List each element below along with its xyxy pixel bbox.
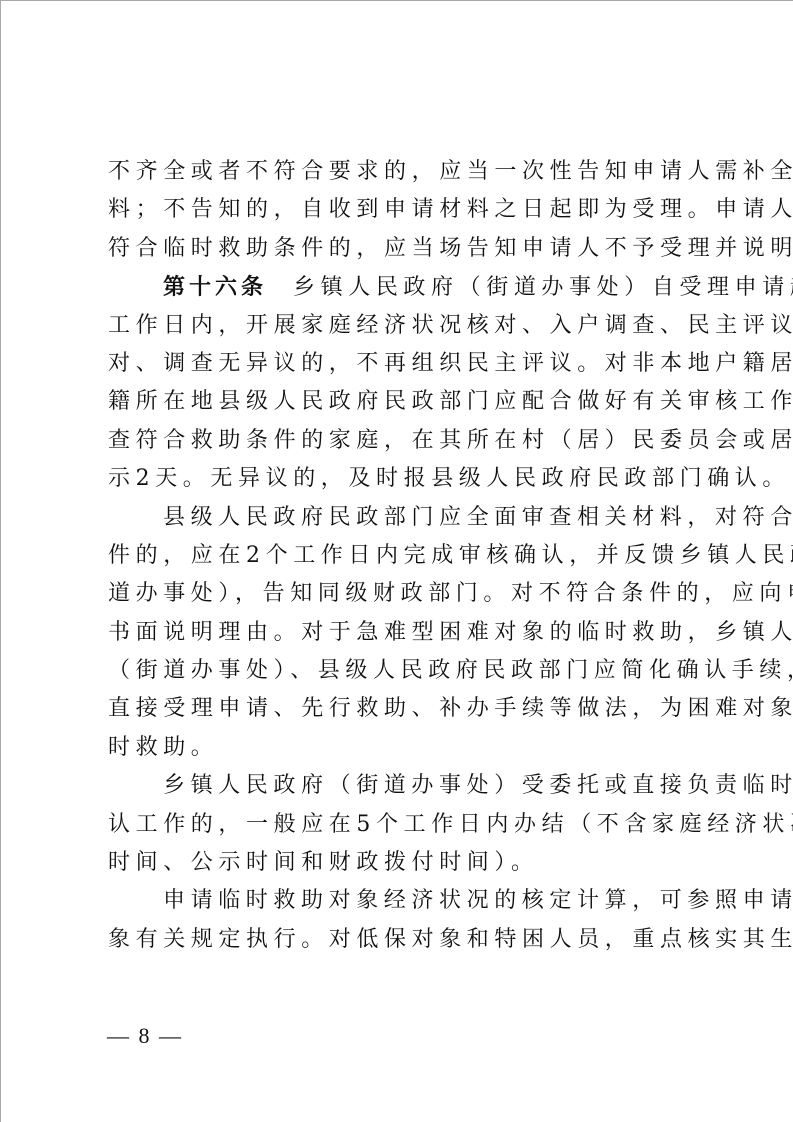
paragraph-economic-assessment: 申请临时救助对象经济状况的核定计算，可参照申请低保对 象有关规定执行。对低保对象…: [108, 882, 698, 959]
text-line: 认工作的，一般应在5个工作日内办结（不含家庭经济状况核对: [108, 806, 698, 844]
paragraph-county-review: 县级人民政府民政部门应全面审查相关材料，对符合规定条 件的，应在2个工作日内完成…: [108, 499, 698, 768]
article-16: 第十六条乡镇人民政府（街道办事处）自受理申请起2个 工作日内，开展家庭经济状况核…: [108, 268, 698, 498]
text-line: 书面说明理由。对于急难型困难对象的临时救助，乡镇人民政府: [108, 614, 698, 652]
text-line: 不齐全或者不符合要求的，应当一次性告知申请人需补全的材: [108, 153, 698, 191]
text-line: 时间、公示时间和财政拨付时间）。: [108, 844, 698, 882]
article-label: 第十六条: [163, 274, 267, 300]
text-line: 示2天。无异议的，及时报县级人民政府民政部门确认。: [108, 460, 698, 498]
body-text: 不齐全或者不符合要求的，应当一次性告知申请人需补全的材 料；不告知的，自收到申请…: [108, 153, 698, 959]
text-line: 工作日内，开展家庭经济状况核对、入户调查、民主评议，对核: [108, 307, 698, 345]
text-line: 象有关规定执行。对低保对象和特困人员，重点核实其生活必需: [108, 921, 698, 959]
text-line: 料；不告知的，自收到申请材料之日起即为受理。申请人明显不: [108, 191, 698, 229]
text-line: 查符合救助条件的家庭，在其所在村（居）民委员会或居住地公: [108, 422, 698, 460]
document-page: 不齐全或者不符合要求的，应当一次性告知申请人需补全的材 料；不告知的，自收到申请…: [0, 0, 793, 1122]
text-line-first: 县级人民政府民政部门应全面审查相关材料，对符合规定条: [108, 499, 698, 537]
text-line-first: 申请临时救助对象经济状况的核定计算，可参照申请低保对: [108, 882, 698, 920]
text-line: 时救助。: [108, 729, 698, 767]
text-line: 对、调查无异议的，不再组织民主评议。对非本地户籍居民，户: [108, 345, 698, 383]
paragraph-township-confirm: 乡镇人民政府（街道办事处）受委托或直接负责临时救助确 认工作的，一般应在5个工作…: [108, 767, 698, 882]
page-number: — 8 —: [107, 1023, 183, 1049]
text-line-first: 乡镇人民政府（街道办事处）受委托或直接负责临时救助确: [108, 767, 698, 805]
text-line: 籍所在地县级人民政府民政部门应配合做好有关审核工作。经核: [108, 383, 698, 421]
paragraph-continuation: 不齐全或者不符合要求的，应当一次性告知申请人需补全的材 料；不告知的，自收到申请…: [108, 153, 698, 268]
text-line: 道办事处），告知同级财政部门。对不符合条件的，应向申请人: [108, 575, 698, 613]
text-line: 件的，应在2个工作日内完成审核确认，并反馈乡镇人民政府（街: [108, 537, 698, 575]
text-line: 直接受理申请、先行救助、补办手续等做法，为困难对象提供及: [108, 690, 698, 728]
text-line: （街道办事处）、县级人民政府民政部门应简化确认手续，采取: [108, 652, 698, 690]
text-line-first: 第十六条乡镇人民政府（街道办事处）自受理申请起2个: [108, 268, 698, 306]
article-first-line-text: 乡镇人民政府（街道办事处）自受理申请起2个: [293, 275, 793, 300]
text-line: 符合临时救助条件的，应当场告知申请人不予受理并说明理由。: [108, 230, 698, 268]
